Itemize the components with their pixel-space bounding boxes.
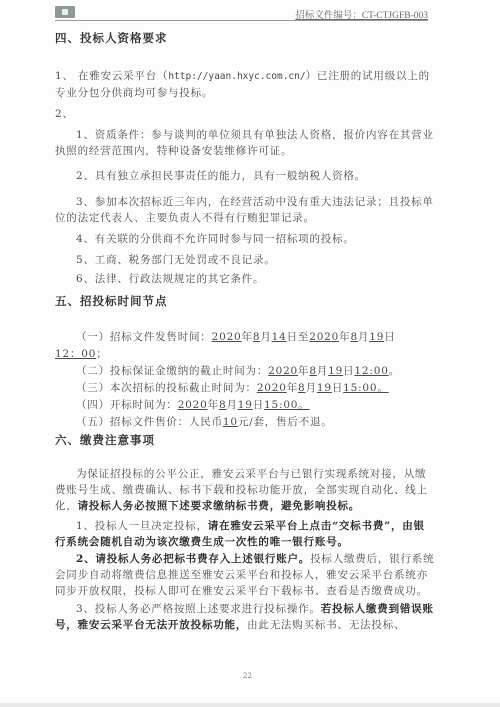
condition-6: 6、法律、行政法规规定的其它条件。 xyxy=(55,271,435,287)
unit: 日 xyxy=(332,382,343,394)
unit: 月 xyxy=(226,399,237,411)
value: 8 xyxy=(309,365,316,377)
label: （一）招标文件发售时间： xyxy=(76,331,212,343)
label: （五）招标文件售价：人民币 xyxy=(76,416,223,428)
emphasis: 请投标人务必按照下述要求缴纳标书费，避免影响投标。 xyxy=(78,500,361,512)
label: （四）开标时间为： xyxy=(76,399,178,411)
text: 由此无法购买标书、无法投标、 xyxy=(247,619,405,631)
timeline-sale-period: （一）招标文件发售时间：2020年8月14日至2020年8月19日 xyxy=(55,329,435,345)
company-logo-icon xyxy=(55,6,75,18)
document-code: 招标文件编号：CT-CTJGFB-003 xyxy=(295,7,428,21)
label: （三）本次招标的投标截止时间为： xyxy=(76,382,257,394)
unit: 年 xyxy=(208,399,219,411)
condition-3: 3、参加本次招标近三年内，在经营活动中没有重大违法记录；且投标单位的法定代表人、… xyxy=(55,194,435,226)
page-number: 22 xyxy=(243,672,252,680)
text: 3、投标人务必严格按照上述要求进行投标操作。 xyxy=(76,603,321,615)
label: （二）投标保证金缴纳的截止时间为： xyxy=(76,365,268,377)
value: 2020 xyxy=(268,365,298,377)
section-4-title: 四、投标人资格要求 xyxy=(55,30,168,46)
unit: 日 xyxy=(343,365,354,377)
condition-5: 5、工商、税务部门无处罚或不良记录。 xyxy=(55,252,435,268)
condition-4: 4、有关联的分供商不允许同时参与同一招标项的投标。 xyxy=(55,231,435,247)
unit: 月 xyxy=(260,331,271,343)
text: 。 xyxy=(377,382,388,394)
qualification-item-1: 1、 在雅安云采平台（http://yaan.hxyc.com.cn/）已注册的… xyxy=(55,68,435,101)
value: 2020 xyxy=(212,331,242,343)
timeline-deposit-deadline: （二）投标保证金缴纳的截止时间为：2020年8月19日12:00。 xyxy=(55,363,435,379)
unit: 年 xyxy=(287,382,298,394)
value: 2020 xyxy=(178,399,208,411)
value: 2020 xyxy=(309,331,339,343)
value: 8 xyxy=(298,382,305,394)
section-6-title: 六、缴费注意事项 xyxy=(55,432,155,448)
value: 14 xyxy=(272,331,287,343)
value: 19 xyxy=(238,399,253,411)
value: 8 xyxy=(350,331,357,343)
section-5-title: 五、招投标时间节点 xyxy=(55,293,168,309)
unit: 日 xyxy=(384,331,395,343)
condition-2: 2、具有独立承担民事责任的能力，具有一般纳税人资格。 xyxy=(55,168,435,184)
condition-1: 1、资质条件：参与谈判的单位须具有单独法人资格，报价内容在其营业执照的经营范围内… xyxy=(55,127,435,159)
unit: 日至 xyxy=(287,331,310,343)
text: ； xyxy=(96,348,107,360)
timeline-opening-time: （四）开标时间为：2020年8月19日15:00。 xyxy=(55,397,435,413)
fee-note-3: 3、投标人务必严格按照上述要求进行投标操作。若投标人缴费到错误账号，雅安云采平台… xyxy=(55,601,435,633)
page-edge xyxy=(0,703,500,707)
platform-url[interactable]: http://yaan.hxyc.com.cn/ xyxy=(168,71,305,82)
value: 19 xyxy=(369,331,384,343)
qualification-item-2-label: 2、 xyxy=(55,106,435,122)
text: 1、投标人一旦决定投标， xyxy=(76,520,208,532)
fee-note-1: 1、投标人一旦决定投标，请在雅安云采平台上点击“交标书费”，由银行系统会随机自动… xyxy=(55,518,435,550)
fee-intro: 为保证招投标的公平公正，雅安云采平台与已银行实现系统对接，从缴费账号生成、缴费确… xyxy=(55,466,435,514)
fee-note-2: 2、请投标人务必把标书费存入上述银行账户。投标人缴费后，银行系统会同步自动将缴费… xyxy=(55,551,435,599)
value: 12:00 xyxy=(354,365,388,377)
text: 1、 在雅安云采平台（ xyxy=(55,70,168,82)
timeline-bid-deadline: （三）本次招标的投标截止时间为：2020年8月19日15:00。 xyxy=(55,380,435,396)
text: 元/套，售后不退。 xyxy=(238,416,333,428)
text: 。 xyxy=(389,365,400,377)
value: 19 xyxy=(328,365,343,377)
value: 15:00 xyxy=(343,382,377,394)
document-header: 招标文件编号：CT-CTJGFB-003 xyxy=(55,6,428,21)
value: 2020 xyxy=(257,382,287,394)
unit: 年 xyxy=(298,365,309,377)
emphasis: 2、请投标人务必把标书费存入上述银行账户。 xyxy=(76,553,310,565)
unit: 月 xyxy=(306,382,317,394)
timeline-sale-end-time: 12：00； xyxy=(55,346,435,362)
unit: 年 xyxy=(339,331,350,343)
timeline-document-price: （五）招标文件售价：人民币10元/套，售后不退。 xyxy=(55,414,435,430)
unit: 月 xyxy=(317,365,328,377)
value: 12：00 xyxy=(55,348,96,360)
unit: 年 xyxy=(242,331,253,343)
unit: 月 xyxy=(358,331,369,343)
unit: 日 xyxy=(253,399,264,411)
value: 19 xyxy=(317,382,332,394)
value: 10 xyxy=(223,416,238,428)
value: 15:00。 xyxy=(264,399,310,411)
